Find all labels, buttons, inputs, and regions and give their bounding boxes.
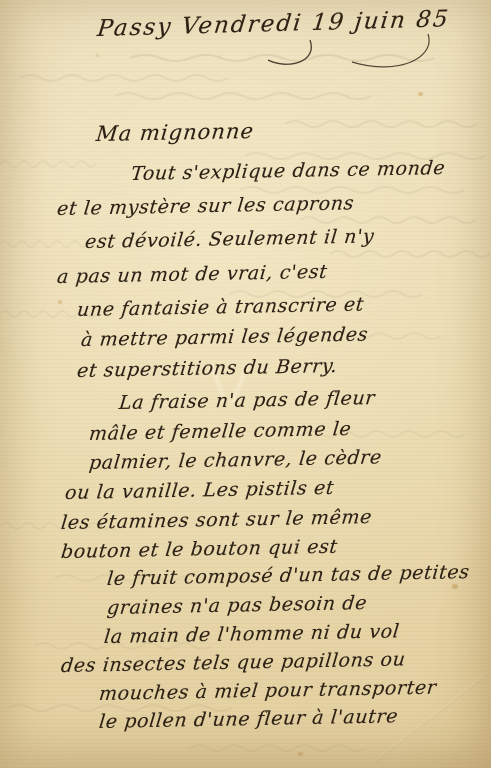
letter-line: et le mystère sur les caprons bbox=[56, 192, 355, 220]
letter-line: ou la vanille. Les pistils et bbox=[64, 477, 335, 504]
letter-line: La fraise n'a pas de fleur bbox=[118, 387, 376, 414]
letter-line: mouches à miel pour transporter bbox=[98, 677, 438, 705]
letter-salutation: Ma mignonne bbox=[95, 119, 255, 146]
letter-line: bouton et le bouton qui est bbox=[60, 536, 339, 563]
letter-line: des insectes tels que papillons ou bbox=[60, 648, 407, 677]
letter-line: et superstitions du Berry. bbox=[76, 355, 339, 382]
letter-line: est dévoilé. Seulement il n'y bbox=[84, 225, 375, 253]
letter-line: mâle et femelle comme le bbox=[88, 418, 353, 445]
letter-line: Tout s'explique dans ce monde bbox=[130, 157, 446, 185]
letter-line: les étamines sont sur le même bbox=[60, 506, 373, 534]
letter-line: palmier, le chanvre, le cèdre bbox=[88, 446, 383, 474]
letter-line: à mettre parmi les légendes bbox=[80, 324, 369, 351]
letter-text: Passy Vendredi 19 juin 85 Ma mignonne To… bbox=[0, 0, 491, 768]
letter-photograph: Passy Vendredi 19 juin 85 Ma mignonne To… bbox=[0, 0, 491, 768]
letter-line: une fantaisie à transcrire et bbox=[76, 294, 365, 321]
letter-line: le fruit composé d'un tas de petites bbox=[106, 561, 471, 590]
letter-line: graines n'a pas besoin de bbox=[106, 592, 368, 619]
letter-dateline: Passy Vendredi 19 juin 85 bbox=[96, 6, 451, 42]
letter-line: a pas un mot de vrai, c'est bbox=[56, 261, 329, 288]
letter-line: le pollen d'une fleur à l'autre bbox=[98, 705, 399, 733]
letter-line: la main de l'homme ni du vol bbox=[103, 620, 401, 648]
